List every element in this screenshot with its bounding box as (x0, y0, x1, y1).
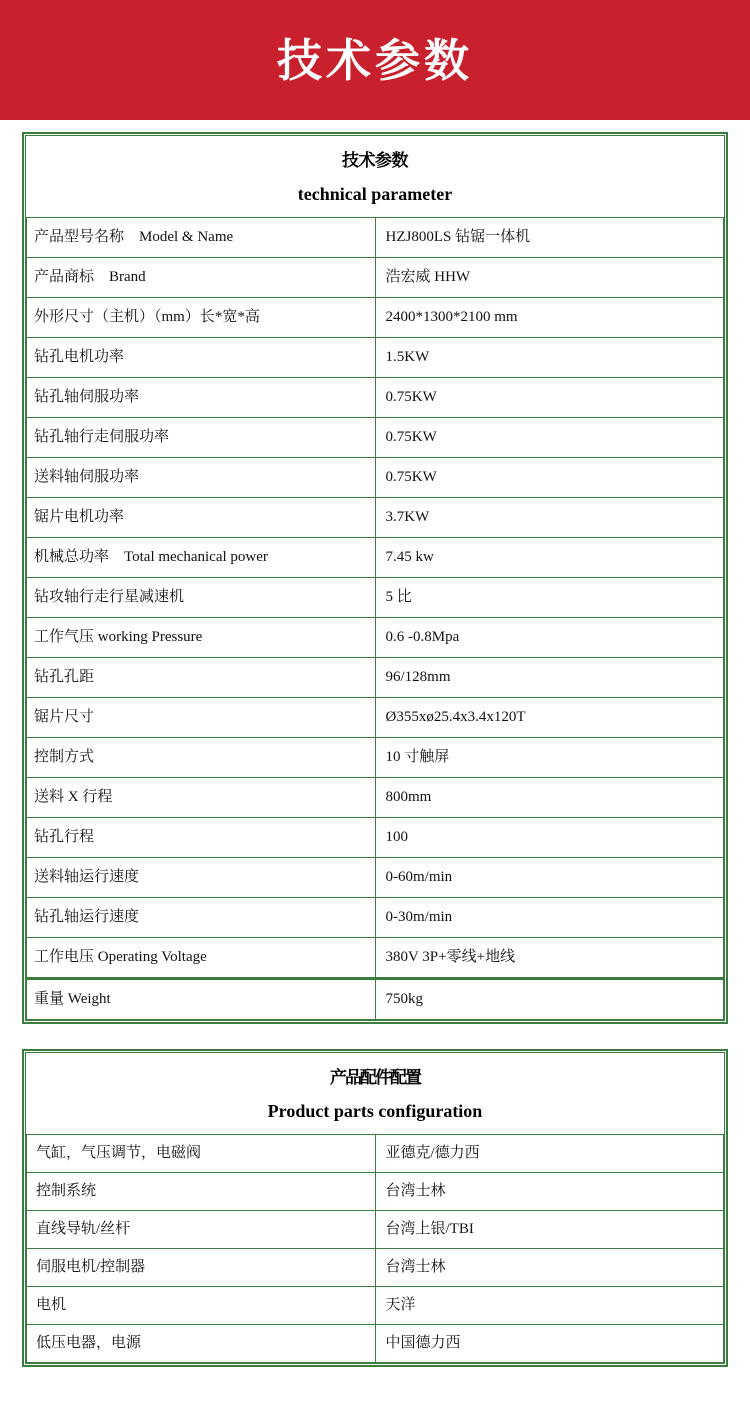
parts-row-label: 气缸，气压调节，电磁阀 (27, 1135, 376, 1173)
spec-table-frame: 技术参数 technical parameter 产品型号名称 Model & … (25, 135, 725, 1021)
parts-table-panel: 产品配件配置 Product parts configuration 气缸，气压… (22, 1049, 728, 1367)
parts-table-row: 气缸，气压调节，电磁阀 亚德克/德力西 (27, 1135, 724, 1173)
spec-table-row: 产品商标 Brand 浩宏威 HHW (27, 258, 724, 298)
parts-table-row: 低压电器，电源 中国德力西 (27, 1325, 724, 1363)
spec-row-label: 钻孔行程 (27, 818, 376, 858)
spec-table-row: 送料 X 行程 800mm (27, 778, 724, 818)
page-content: 技术参数 technical parameter 产品型号名称 Model & … (0, 120, 750, 1422)
parts-table: 产品配件配置 Product parts configuration 气缸，气压… (26, 1053, 724, 1363)
parts-table-row: 直线导轨/丝杆 台湾上银/TBI (27, 1211, 724, 1249)
spec-row-value: 7.45 kw (375, 538, 724, 578)
parts-row-label: 低压电器，电源 (27, 1325, 376, 1363)
parts-row-value: 中国德力西 (375, 1325, 724, 1363)
spec-table-row: 工作气压 working Pressure 0.6 -0.8Mpa (27, 618, 724, 658)
spec-row-value: 0.6 -0.8Mpa (375, 618, 724, 658)
spec-table-title-en: technical parameter (27, 184, 724, 205)
parts-row-label: 控制系统 (27, 1173, 376, 1211)
parts-table-frame: 产品配件配置 Product parts configuration 气缸，气压… (25, 1052, 725, 1364)
spec-row-value: 750kg (375, 979, 724, 1020)
parts-row-label: 伺服电机/控制器 (27, 1249, 376, 1287)
spec-table-row: 产品型号名称 Model & Name HZJ800LS 钻锯一体机 (27, 218, 724, 258)
spec-table-row: 钻孔轴行走伺服功率 0.75KW (27, 418, 724, 458)
spec-table-header-cell: 技术参数 technical parameter (27, 136, 724, 218)
spec-row-value: 5 比 (375, 578, 724, 618)
parts-table-title-zh: 产品配件配置 (27, 1063, 724, 1088)
spec-row-label: 锯片电机功率 (27, 498, 376, 538)
spec-row-value: 10 寸触屏 (375, 738, 724, 778)
parts-row-value: 台湾士林 (375, 1249, 724, 1287)
spec-row-value: 96/128mm (375, 658, 724, 698)
spec-row-label: 锯片尺寸 (27, 698, 376, 738)
parts-table-head: 产品配件配置 Product parts configuration (27, 1053, 724, 1135)
spec-row-value: 0-60m/min (375, 858, 724, 898)
spec-table-row: 钻孔行程 100 (27, 818, 724, 858)
spec-row-value: 0.75KW (375, 418, 724, 458)
spec-table-row: 钻孔轴伺服功率 0.75KW (27, 378, 724, 418)
spec-row-label: 工作电压 Operating Voltage (27, 938, 376, 979)
spec-table-row: 钻孔电机功率 1.5KW (27, 338, 724, 378)
spec-row-value: HZJ800LS 钻锯一体机 (375, 218, 724, 258)
spec-row-label: 钻孔轴行走伺服功率 (27, 418, 376, 458)
spec-row-value: 0-30m/min (375, 898, 724, 938)
spec-row-value: Ø355xø25.4x3.4x120T (375, 698, 724, 738)
spec-row-label: 送料轴伺服功率 (27, 458, 376, 498)
spec-row-value: 100 (375, 818, 724, 858)
spec-row-label: 钻攻轴行走行星减速机 (27, 578, 376, 618)
spec-table-row: 工作电压 Operating Voltage 380V 3P+零线+地线 (27, 938, 724, 979)
spec-table-row: 重量 Weight 750kg (27, 979, 724, 1020)
parts-row-value: 台湾上银/TBI (375, 1211, 724, 1249)
spec-table-row: 钻孔轴运行速度 0-30m/min (27, 898, 724, 938)
parts-row-label: 直线导轨/丝杆 (27, 1211, 376, 1249)
spec-table-row: 钻孔孔距 96/128mm (27, 658, 724, 698)
spec-row-label: 送料 X 行程 (27, 778, 376, 818)
spec-table-row: 钻攻轴行走行星减速机 5 比 (27, 578, 724, 618)
spec-row-value: 0.75KW (375, 378, 724, 418)
spec-table-panel: 技术参数 technical parameter 产品型号名称 Model & … (22, 132, 728, 1024)
spec-row-label: 产品型号名称 Model & Name (27, 218, 376, 258)
parts-table-row: 伺服电机/控制器 台湾士林 (27, 1249, 724, 1287)
spec-row-label: 外形尺寸（主机）（mm）长*宽*高 (27, 298, 376, 338)
spec-row-label: 钻孔轴运行速度 (27, 898, 376, 938)
spec-table-row: 锯片尺寸 Ø355xø25.4x3.4x120T (27, 698, 724, 738)
parts-row-value: 亚德克/德力西 (375, 1135, 724, 1173)
page-banner: 技术参数 (0, 0, 750, 120)
spec-row-label: 机械总功率 Total mechanical power (27, 538, 376, 578)
spec-table-body: 产品型号名称 Model & Name HZJ800LS 钻锯一体机 产品商标 … (27, 218, 724, 1020)
parts-table-body: 气缸，气压调节，电磁阀 亚德克/德力西 控制系统 台湾士林 直线导轨/丝杆 台湾… (27, 1135, 724, 1363)
spec-table-row: 外形尺寸（主机）（mm）长*宽*高 2400*1300*2100 mm (27, 298, 724, 338)
spec-table-row: 送料轴伺服功率 0.75KW (27, 458, 724, 498)
spec-row-label: 送料轴运行速度 (27, 858, 376, 898)
parts-table-title-en: Product parts configuration (27, 1101, 724, 1122)
spec-table-title-zh: 技术参数 (27, 146, 724, 171)
spec-table-row: 锯片电机功率 3.7KW (27, 498, 724, 538)
spec-table: 技术参数 technical parameter 产品型号名称 Model & … (26, 136, 724, 1020)
spec-row-label: 工作气压 working Pressure (27, 618, 376, 658)
spec-row-value: 3.7KW (375, 498, 724, 538)
parts-row-value: 台湾士林 (375, 1173, 724, 1211)
spec-row-value: 2400*1300*2100 mm (375, 298, 724, 338)
spec-row-label: 钻孔电机功率 (27, 338, 376, 378)
parts-table-header-cell: 产品配件配置 Product parts configuration (27, 1053, 724, 1135)
parts-row-value: 天洋 (375, 1287, 724, 1325)
spec-row-label: 钻孔孔距 (27, 658, 376, 698)
spec-row-value: 浩宏威 HHW (375, 258, 724, 298)
banner-title: 技术参数 (277, 38, 473, 83)
parts-table-row: 电机 天洋 (27, 1287, 724, 1325)
spec-table-row: 送料轴运行速度 0-60m/min (27, 858, 724, 898)
parts-row-label: 电机 (27, 1287, 376, 1325)
spec-table-head: 技术参数 technical parameter (27, 136, 724, 218)
spec-row-label: 重量 Weight (27, 979, 376, 1020)
spec-row-label: 控制方式 (27, 738, 376, 778)
spec-table-row: 机械总功率 Total mechanical power 7.45 kw (27, 538, 724, 578)
spec-row-value: 800mm (375, 778, 724, 818)
parts-table-row: 控制系统 台湾士林 (27, 1173, 724, 1211)
spec-row-label: 产品商标 Brand (27, 258, 376, 298)
spec-row-value: 380V 3P+零线+地线 (375, 938, 724, 979)
spec-row-label: 钻孔轴伺服功率 (27, 378, 376, 418)
spec-row-value: 0.75KW (375, 458, 724, 498)
spec-table-row: 控制方式 10 寸触屏 (27, 738, 724, 778)
spec-row-value: 1.5KW (375, 338, 724, 378)
